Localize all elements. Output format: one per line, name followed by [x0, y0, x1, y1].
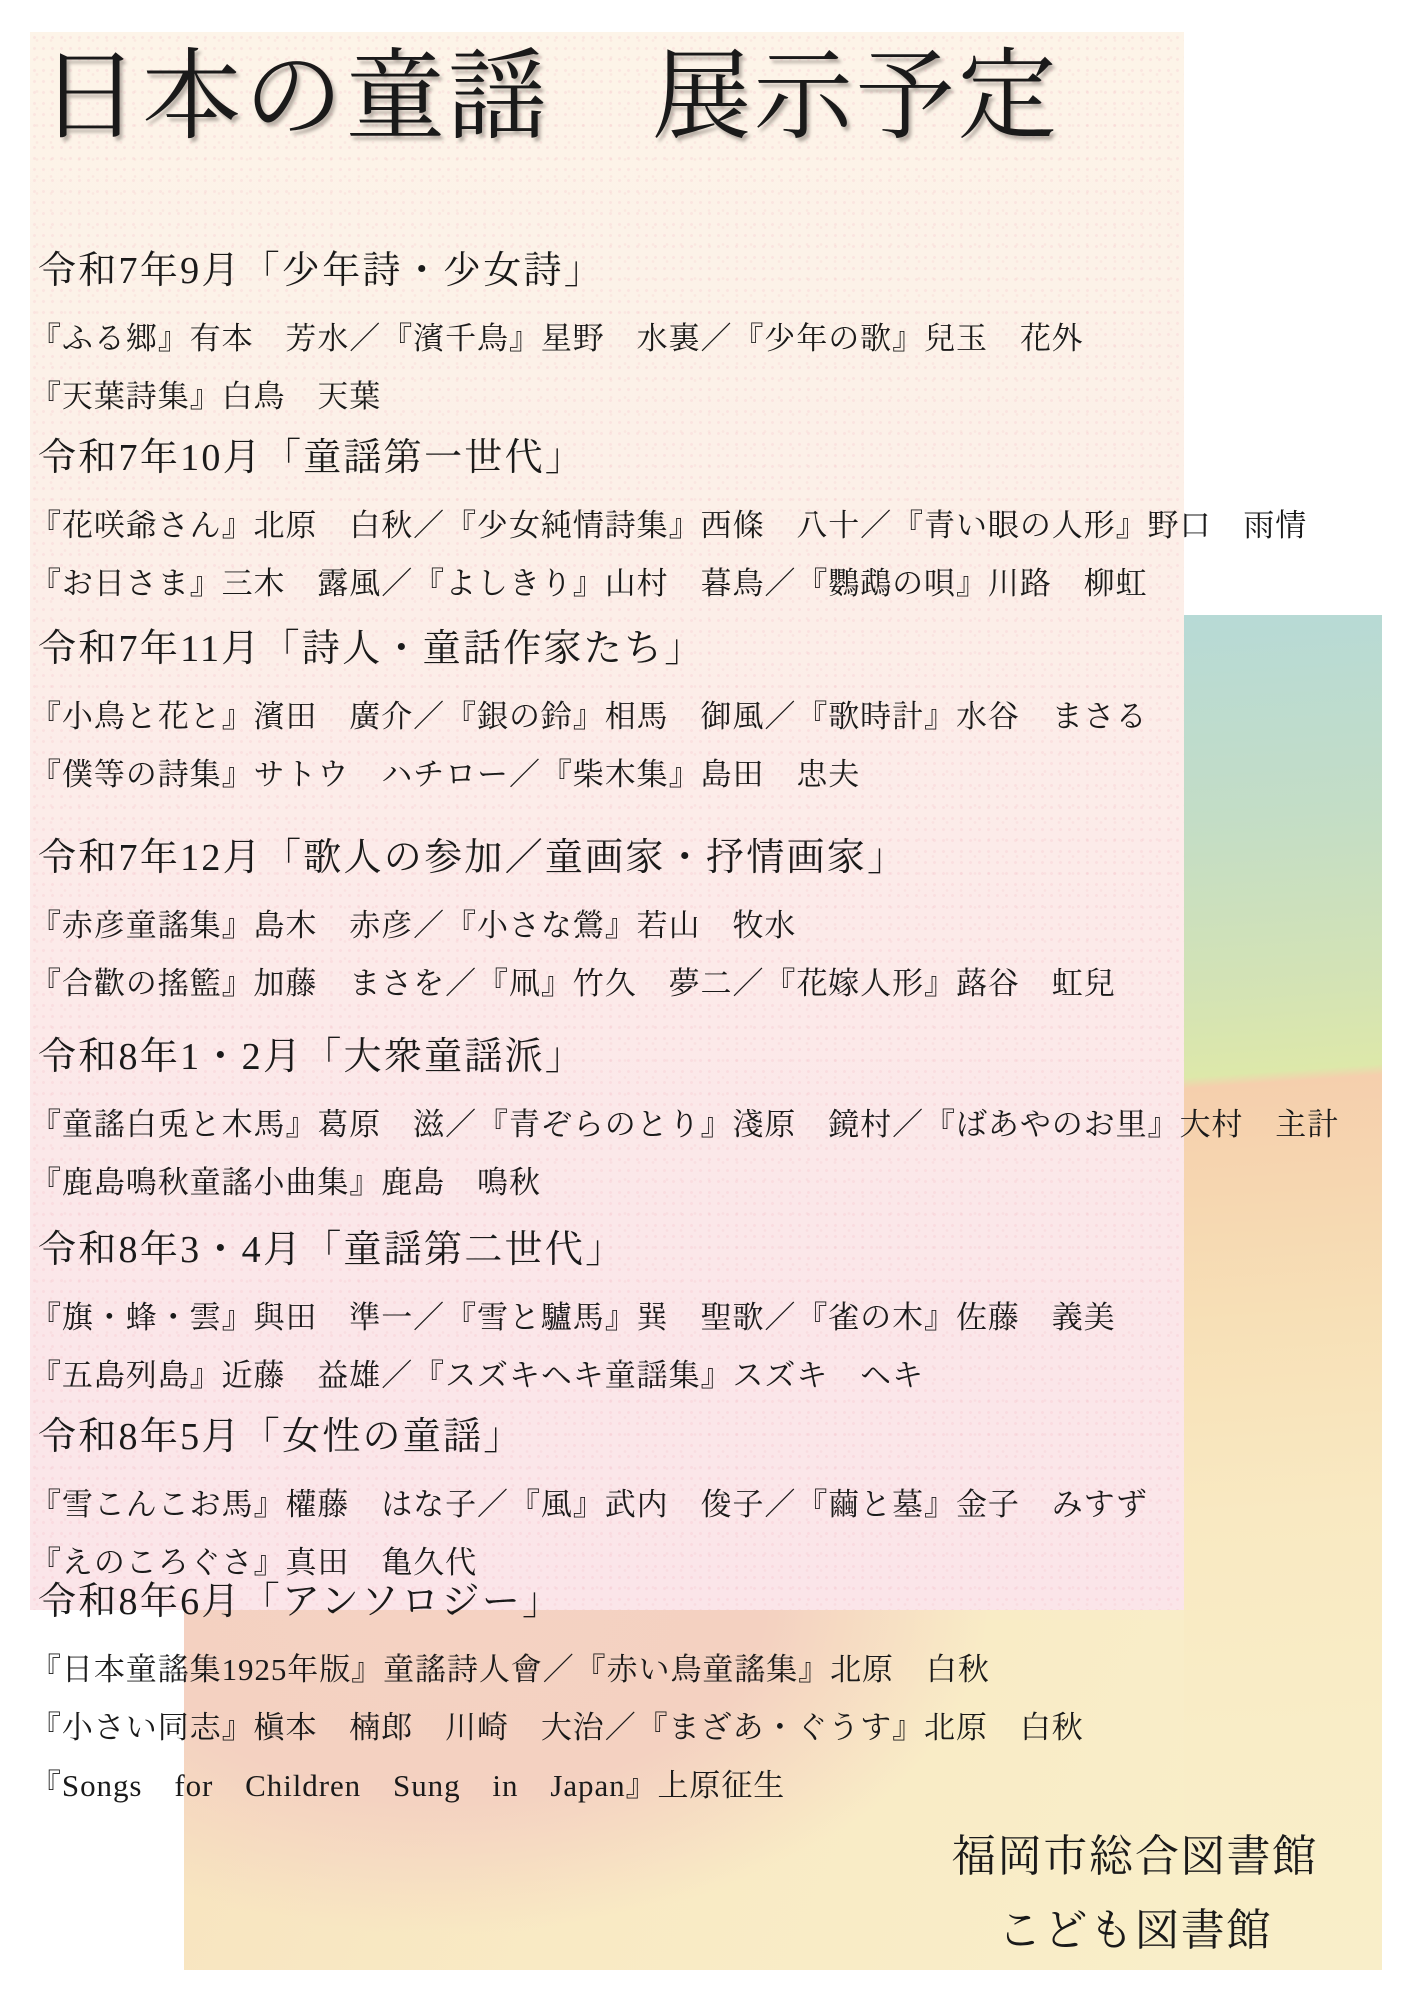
book-author-line: 『雪こんこお馬』權藤 はな子／『風』武内 俊子／『繭と墓』金子 みすず: [30, 1476, 1390, 1534]
section-heading: 令和7年9月「少年詩・少女詩」: [30, 243, 1390, 300]
schedule-section: 令和7年11月「詩人・童話作家たち」 『小鳥と花と』濱田 廣介／『銀の鈴』相馬 …: [30, 621, 1390, 804]
schedule-section: 令和8年6月「アンソロジー」 『日本童謠集1925年版』童謠詩人會／『赤い鳥童謠…: [30, 1574, 1390, 1815]
book-author-line: 『鹿島鳴秋童謠小曲集』鹿島 鳴秋: [30, 1154, 1390, 1212]
book-author-line: 『童謠白兎と木馬』葛原 滋／『青ぞらのとり』淺原 鏡村／『ばあやのお里』大村 主…: [30, 1096, 1390, 1154]
library-name-main: 福岡市総合図書館: [952, 1820, 1318, 1894]
schedule-section: 令和7年10月「童謡第一世代」 『花咲爺さん』北原 白秋／『少女純情詩集』西條 …: [30, 430, 1390, 613]
poster-title: 日本の童謡 展示予定: [30, 30, 1390, 151]
book-author-line: 『花咲爺さん』北原 白秋／『少女純情詩集』西條 八十／『青い眼の人形』野口 雨情: [30, 497, 1390, 555]
book-author-line: 『日本童謠集1925年版』童謠詩人會／『赤い鳥童謠集』北原 白秋: [30, 1641, 1390, 1699]
book-author-line: 『ふる郷』有本 芳水／『濱千鳥』星野 水裏／『少年の歌』兒玉 花外: [30, 310, 1390, 368]
section-heading: 令和7年11月「詩人・童話作家たち」: [30, 621, 1390, 678]
schedule-section: 令和8年1・2月「大衆童謡派」 『童謠白兎と木馬』葛原 滋／『青ぞらのとり』淺原…: [30, 1029, 1390, 1212]
book-author-line: 『合歡の搖籃』加藤 まさを／『凧』竹久 夢二／『花嫁人形』蕗谷 虹兒: [30, 955, 1390, 1013]
book-author-line: 『僕等の詩集』サトウ ハチロー／『柴木集』島田 忠夫: [30, 746, 1390, 804]
library-name-sub: こども図書館: [952, 1894, 1318, 1968]
book-author-line: 『小鳥と花と』濱田 廣介／『銀の鈴』相馬 御風／『歌時計』水谷 まさる: [30, 688, 1390, 746]
book-author-line: 『Songs for Children Sung in Japan』上原征生: [30, 1757, 1390, 1815]
section-heading: 令和8年6月「アンソロジー」: [30, 1574, 1390, 1631]
section-heading: 令和8年3・4月「童謡第二世代」: [30, 1222, 1390, 1279]
schedule-sections: 令和7年9月「少年詩・少女詩」 『ふる郷』有本 芳水／『濱千鳥』星野 水裏／『少…: [30, 243, 1390, 1815]
book-author-line: 『赤彦童謠集』島木 赤彦／『小さな鶯』若山 牧水: [30, 897, 1390, 955]
book-author-line: 『お日さま』三木 露風／『よしきり』山村 暮鳥／『鸚鵡の唄』川路 柳虹: [30, 555, 1390, 613]
section-heading: 令和7年12月「歌人の参加／童画家・抒情画家」: [30, 830, 1390, 887]
section-heading: 令和8年1・2月「大衆童謡派」: [30, 1029, 1390, 1086]
schedule-section: 令和7年9月「少年詩・少女詩」 『ふる郷』有本 芳水／『濱千鳥』星野 水裏／『少…: [30, 243, 1390, 426]
book-author-line: 『天葉詩集』白鳥 天葉: [30, 368, 1390, 426]
poster-content: 日本の童謡 展示予定 令和7年9月「少年詩・少女詩」 『ふる郷』有本 芳水／『濱…: [30, 30, 1390, 1815]
book-author-line: 『五島列島』近藤 益雄／『スズキヘキ童謡集』スズキ ヘキ: [30, 1347, 1390, 1405]
schedule-section: 令和7年12月「歌人の参加／童画家・抒情画家」 『赤彦童謠集』島木 赤彦／『小さ…: [30, 830, 1390, 1013]
schedule-section: 令和8年3・4月「童謡第二世代」 『旗・蜂・雲』與田 準一／『雪と驢馬』巽 聖歌…: [30, 1222, 1390, 1405]
library-credit: 福岡市総合図書館 こども図書館: [952, 1820, 1318, 1968]
book-author-line: 『旗・蜂・雲』與田 準一／『雪と驢馬』巽 聖歌／『雀の木』佐藤 義美: [30, 1289, 1390, 1347]
book-author-line: 『小さい同志』槇本 楠郎 川崎 大治／『まざあ・ぐうす』北原 白秋: [30, 1699, 1390, 1757]
section-heading: 令和8年5月「女性の童謡」: [30, 1409, 1390, 1466]
schedule-section: 令和8年5月「女性の童謡」 『雪こんこお馬』權藤 はな子／『風』武内 俊子／『繭…: [30, 1409, 1390, 1592]
section-heading: 令和7年10月「童謡第一世代」: [30, 430, 1390, 487]
